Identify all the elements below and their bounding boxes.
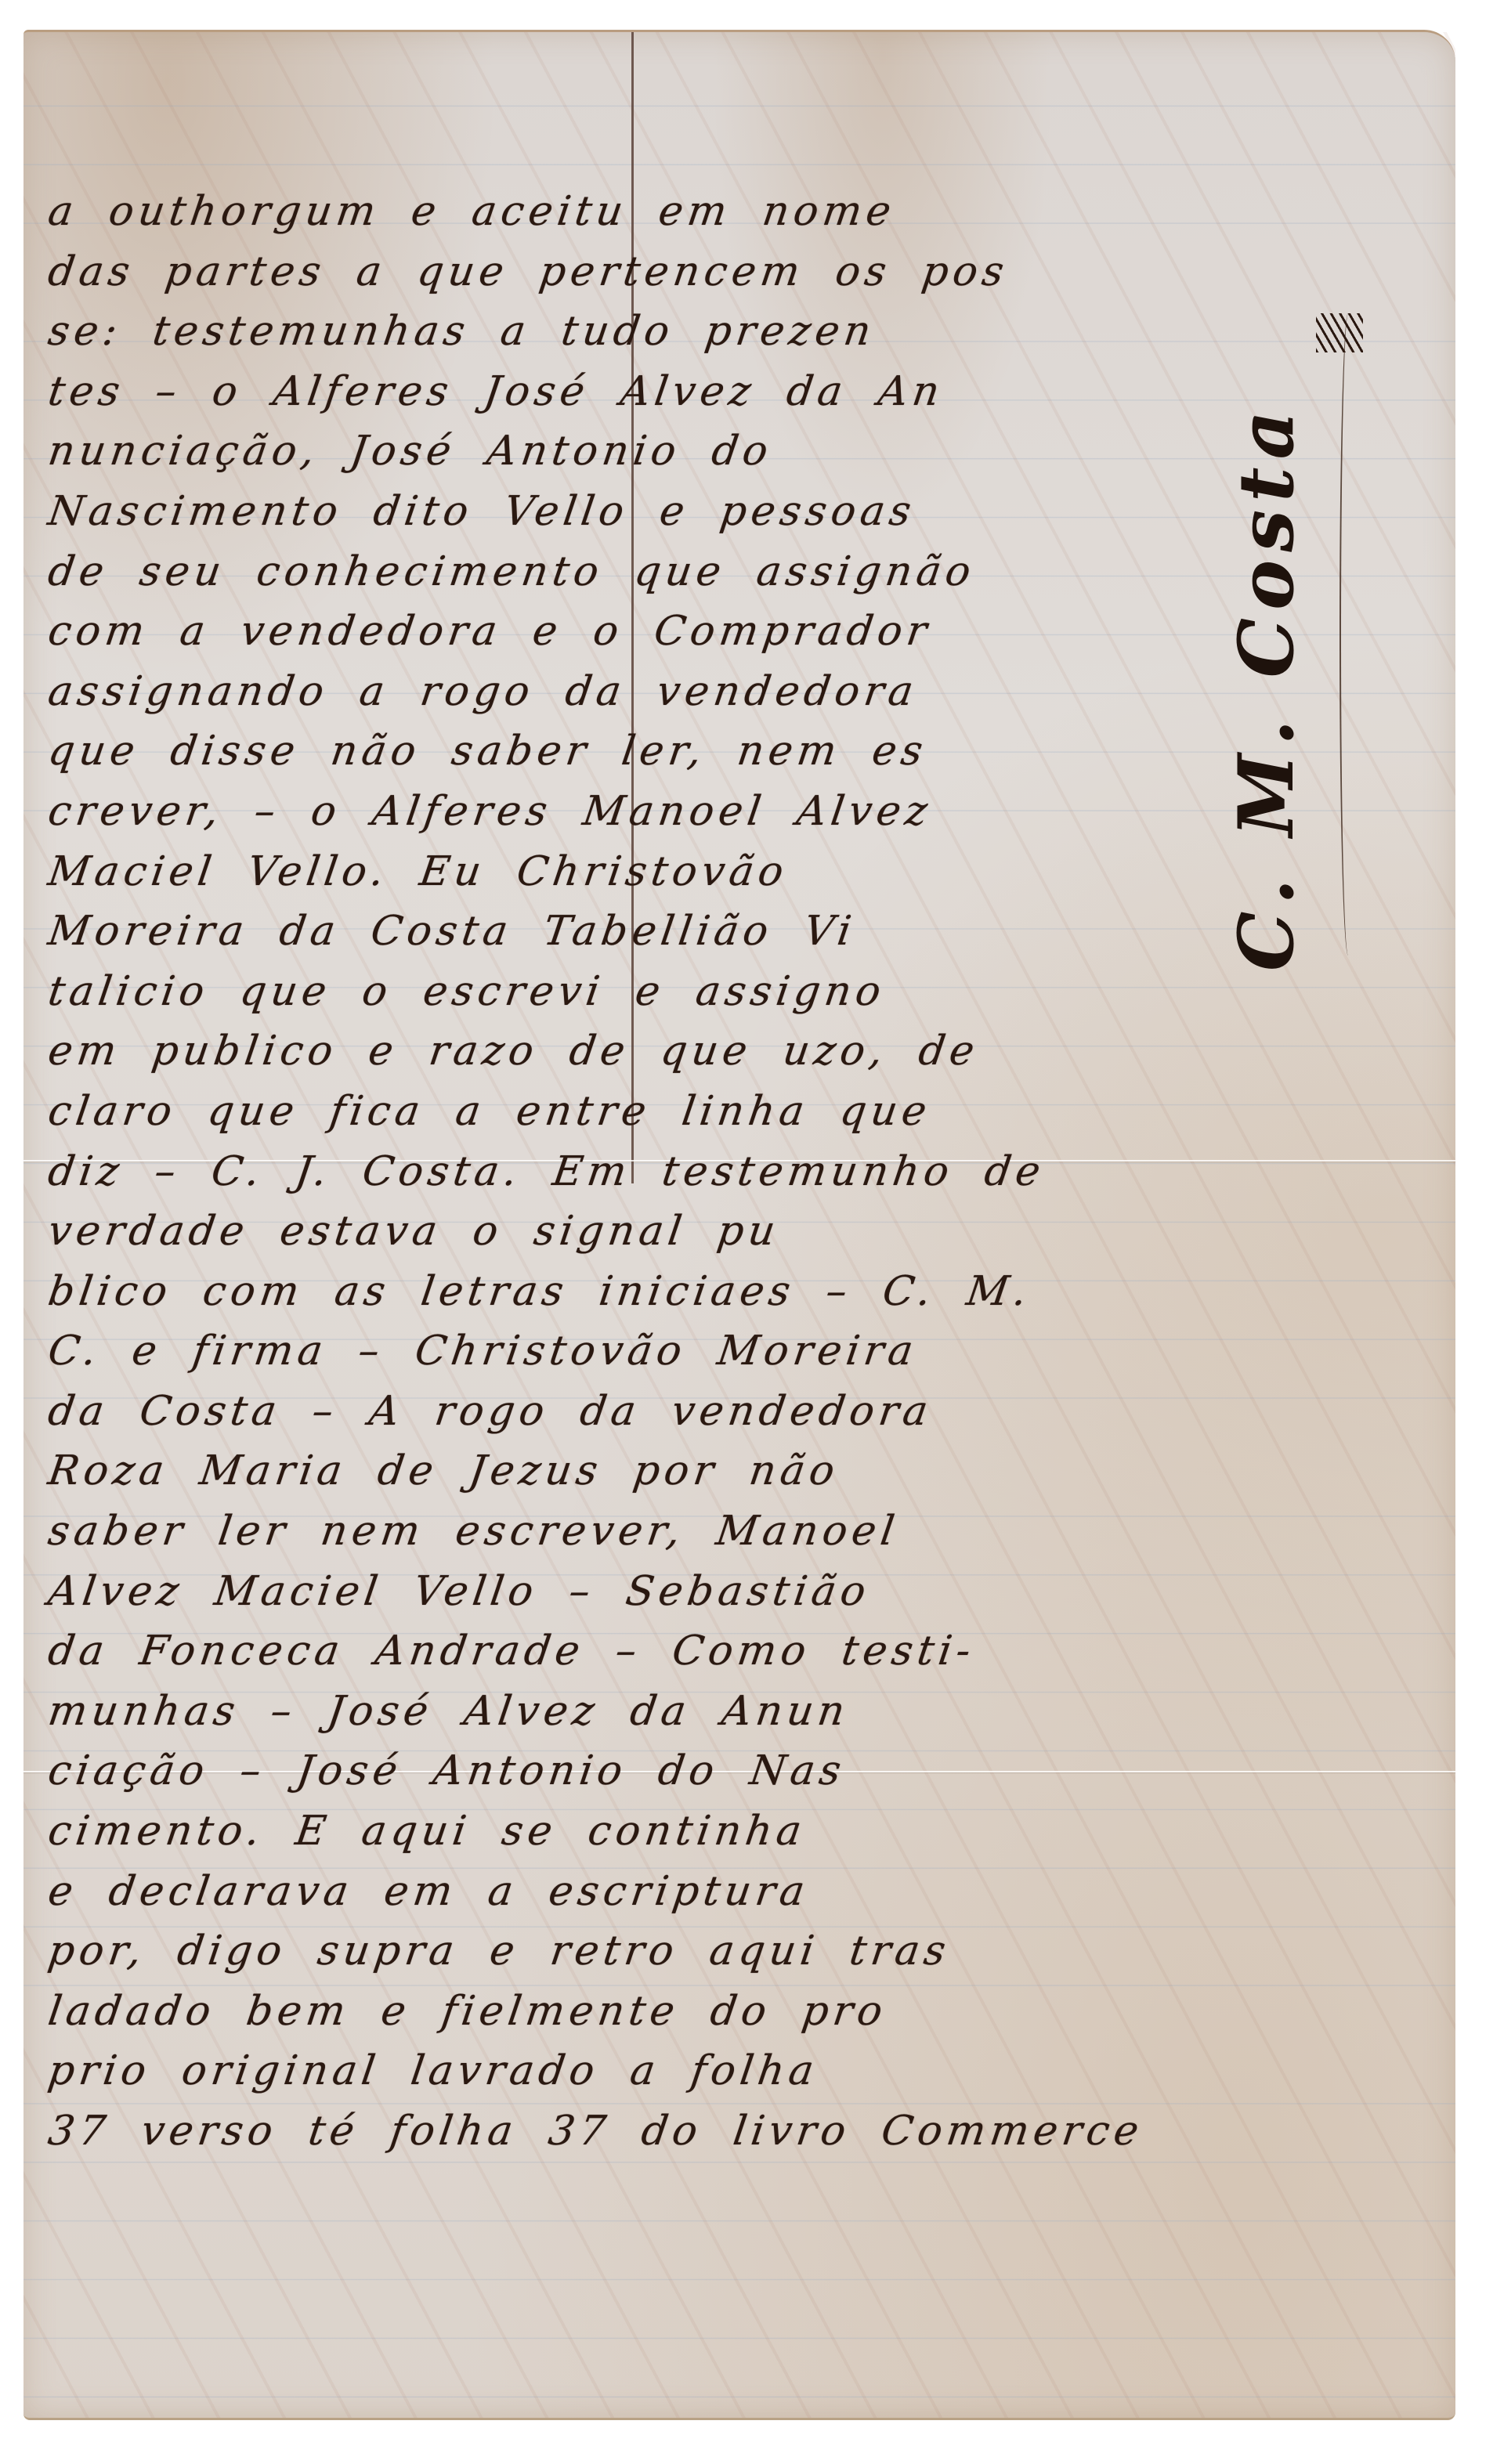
text-line: por, digo supra e retro aqui tras — [45, 1921, 1275, 1982]
handwritten-text-body: a outhorgum e aceitu em nome das partes … — [49, 182, 1271, 2162]
text-line: de seu conhecimento que assignão — [45, 542, 1275, 602]
text-line: das partes a que pertencem os pos — [45, 242, 1275, 302]
text-line: saber ler nem escrever, Manoel — [45, 1501, 1275, 1562]
text-line: que disse não saber ler, nem es — [45, 721, 1275, 782]
text-line: Roza Maria de Jezus por não — [45, 1441, 1275, 1501]
text-line: e declarava em a escriptura — [45, 1862, 1275, 1922]
text-line: verdade estava o signal pu — [45, 1201, 1275, 1262]
text-line: prio original lavrado a folha — [45, 2041, 1275, 2101]
text-line: da Costa – A rogo da vendedora — [45, 1382, 1275, 1442]
margin-signature: C. M. Costa — [1222, 403, 1311, 971]
text-line: diz – C. J. Costa. Em testemunho de — [45, 1142, 1275, 1202]
text-line: se: testemunhas a tudo prezen — [45, 302, 1275, 362]
text-line: Alvez Maciel Vello – Sebastião — [45, 1562, 1275, 1622]
text-line: com a vendedora e o Comprador — [45, 602, 1275, 662]
text-line: C. e firma – Christovão Moreira — [45, 1321, 1275, 1382]
text-line: tes – o Alferes José Alvez da An — [45, 362, 1275, 422]
text-line: crever, – o Alferes Manoel Alvez — [45, 782, 1275, 842]
text-line: Maciel Vello. Eu Christovão — [45, 842, 1275, 902]
text-line: a outhorgum e aceitu em nome — [45, 182, 1275, 242]
text-line: cimento. E aqui se continha — [45, 1801, 1275, 1862]
signature-flourish — [1339, 313, 1357, 956]
text-line: claro que fica a entre linha que — [45, 1082, 1275, 1142]
text-line: munhas – José Alvez da Anun — [45, 1682, 1275, 1742]
text-line: blico com as letras iniciaes – C. M. — [45, 1262, 1275, 1322]
text-line: ciação – José Antonio do Nas — [45, 1741, 1275, 1801]
text-line: Nascimento dito Vello e pessoas — [45, 482, 1275, 542]
text-line: ladado bem e fielmente do pro — [45, 1982, 1275, 2042]
text-line: Moreira da Costa Tabellião Vi — [45, 901, 1275, 962]
text-line: 37 verso té folha 37 do livro Commerce — [45, 2101, 1275, 2162]
text-line: talicio que o escrevi e assigno — [45, 962, 1275, 1022]
text-line: da Fonceca Andrade – Como testi- — [45, 1621, 1275, 1682]
text-line: em publico e razo de que uzo, de — [45, 1021, 1275, 1082]
text-line: assignando a rogo da vendedora — [45, 662, 1275, 722]
text-line: nunciação, José Antonio do — [45, 421, 1275, 482]
signature-hatch-mark — [1316, 313, 1363, 352]
